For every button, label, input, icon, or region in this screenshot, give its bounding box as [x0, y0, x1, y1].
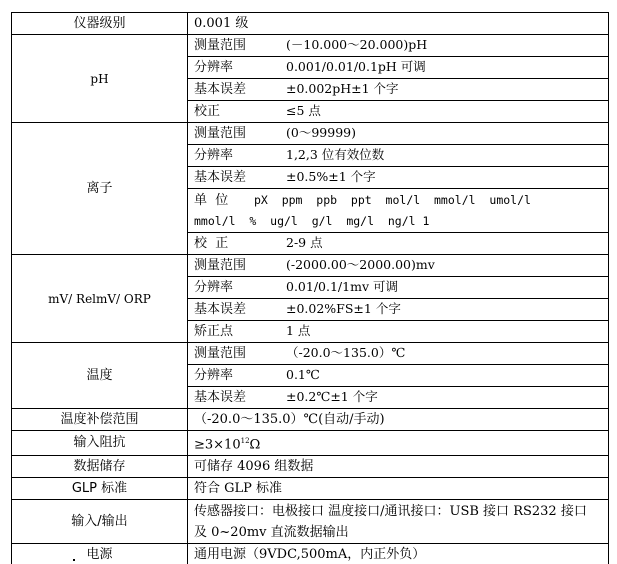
value-cell: 测量范围(0～99999): [188, 123, 609, 145]
item-value: （-20.0～135.0）℃: [286, 345, 405, 360]
category-cell: 温度: [12, 343, 188, 409]
item-value: (-2000.00～2000.00)mv: [286, 257, 435, 272]
value-cell: （-20.0～135.0）℃(自动/手动): [188, 409, 609, 431]
value-cell: 测量范围(－10.000～20.000)pH: [188, 35, 609, 57]
item-label: 基本误差: [194, 80, 286, 100]
value-cell: 单 位pX ppm ppb ppt mol/l mmol/l umol/l mm…: [188, 189, 609, 233]
item-label: 测量范围: [194, 124, 286, 144]
table-row: 温度 测量范围（-20.0～135.0）℃: [12, 343, 609, 365]
stray-dot: [73, 559, 75, 561]
category-cell: 仪器级别: [12, 13, 188, 35]
category-cell: 数据储存: [12, 456, 188, 478]
impedance-prefix: ≥3×10: [194, 437, 241, 452]
item-label: 校 正: [194, 234, 286, 254]
item-label: 测量范围: [194, 36, 286, 56]
item-label: 基本误差: [194, 388, 286, 408]
item-label: 矫正点: [194, 322, 286, 342]
category-cell: pH: [12, 35, 188, 123]
impedance-exponent: 12: [241, 437, 250, 445]
item-label: 基本误差: [194, 168, 286, 188]
item-label: 校正: [194, 102, 286, 122]
item-value: ≤5 点: [286, 103, 321, 118]
value-cell: 分辨率0.01/0.1/1mv 可调: [188, 277, 609, 299]
category-cell: GLP 标准: [12, 478, 188, 500]
table-row: mV/ RelmV/ ORP 测量范围(-2000.00～2000.00)mv: [12, 255, 609, 277]
io-line-2: 及 0~20mv 直流数据输出: [194, 522, 602, 543]
item-value: 0.1℃: [286, 367, 320, 382]
category-cell: 电源: [12, 544, 188, 564]
value-cell: 分辨率0.001/0.01/0.1pH 可调: [188, 57, 609, 79]
item-label: 分辨率: [194, 146, 286, 166]
item-value: (－10.000～20.000)pH: [286, 37, 427, 52]
table-row: pH 测量范围(－10.000～20.000)pH: [12, 35, 609, 57]
value-cell: 基本误差±0.002pH±1 个字: [188, 79, 609, 101]
ohm-symbol: Ω: [250, 437, 261, 452]
item-label: 分辨率: [194, 366, 286, 386]
item-value: 0.01/0.1/1mv 可调: [286, 279, 398, 294]
category-cell: 输入/输出: [12, 500, 188, 544]
io-line-1: 传感器接口：电极接口 温度接口/通讯接口：USB 接口 RS232 接口: [194, 501, 602, 522]
table-row: 电源 通用电源（9VDC,500mA，内正外负）: [12, 544, 609, 564]
item-value: 1,2,3 位有效位数: [286, 147, 384, 162]
value-cell: 基本误差±0.02%FS±1 个字: [188, 299, 609, 321]
value-cell: 通用电源（9VDC,500mA，内正外负）: [188, 544, 609, 564]
value-cell: 可储存 4096 组数据: [188, 456, 609, 478]
value-cell: 测量范围(-2000.00～2000.00)mv: [188, 255, 609, 277]
table-row: 仪器级别 0.001 级: [12, 13, 609, 35]
item-value: ±0.2℃±1 个字: [286, 389, 378, 404]
item-label: 分辨率: [194, 278, 286, 298]
value-cell: 分辨率0.1℃: [188, 365, 609, 387]
value-cell: 基本误差±0.5%±1 个字: [188, 167, 609, 189]
item-value: pX ppm ppb ppt mol/l mmol/l umol/l: [254, 193, 531, 207]
category-cell: 输入阻抗: [12, 431, 188, 456]
item-value: 1 点: [286, 323, 310, 338]
table-row: 输入阻抗 ≥3×1012Ω: [12, 431, 609, 456]
table-row: 输入/输出 传感器接口：电极接口 温度接口/通讯接口：USB 接口 RS232 …: [12, 500, 609, 544]
item-value-line2: mmol/l % ug/l g/l mg/l ng/l 1: [194, 211, 602, 232]
item-label: 测量范围: [194, 344, 286, 364]
item-value: ±0.5%±1 个字: [286, 169, 376, 184]
value-cell: 测量范围（-20.0～135.0）℃: [188, 343, 609, 365]
category-cell: mV/ RelmV/ ORP: [12, 255, 188, 343]
table-row: 温度补偿范围 （-20.0～135.0）℃(自动/手动): [12, 409, 609, 431]
category-cell: 温度补偿范围: [12, 409, 188, 431]
item-label: 分辨率: [194, 58, 286, 78]
value-cell: 矫正点1 点: [188, 321, 609, 343]
value-cell: 基本误差±0.2℃±1 个字: [188, 387, 609, 409]
value-cell: 校正≤5 点: [188, 101, 609, 123]
value-cell: 0.001 级: [188, 13, 609, 35]
item-label: 测量范围: [194, 256, 286, 276]
item-value: 2-9 点: [286, 235, 323, 250]
table-row: 离子 测量范围(0～99999): [12, 123, 609, 145]
value-cell: 符合 GLP 标准: [188, 478, 609, 500]
value-cell: 传感器接口：电极接口 温度接口/通讯接口：USB 接口 RS232 接口 及 0…: [188, 500, 609, 544]
item-value: ±0.02%FS±1 个字: [286, 301, 401, 316]
item-value: (0～99999): [286, 125, 356, 140]
item-value: ±0.002pH±1 个字: [286, 81, 399, 96]
table-row: 数据储存 可储存 4096 组数据: [12, 456, 609, 478]
value-cell: 校 正2-9 点: [188, 233, 609, 255]
category-cell: 离子: [12, 123, 188, 255]
value-cell: ≥3×1012Ω: [188, 431, 609, 456]
item-label: 单 位: [194, 190, 254, 211]
value-cell: 分辨率1,2,3 位有效位数: [188, 145, 609, 167]
spec-table: 仪器级别 0.001 级 pH 测量范围(－10.000～20.000)pH 分…: [11, 12, 609, 564]
item-value: 0.001/0.01/0.1pH 可调: [286, 59, 426, 74]
table-row: GLP 标准 符合 GLP 标准: [12, 478, 609, 500]
item-label: 基本误差: [194, 300, 286, 320]
